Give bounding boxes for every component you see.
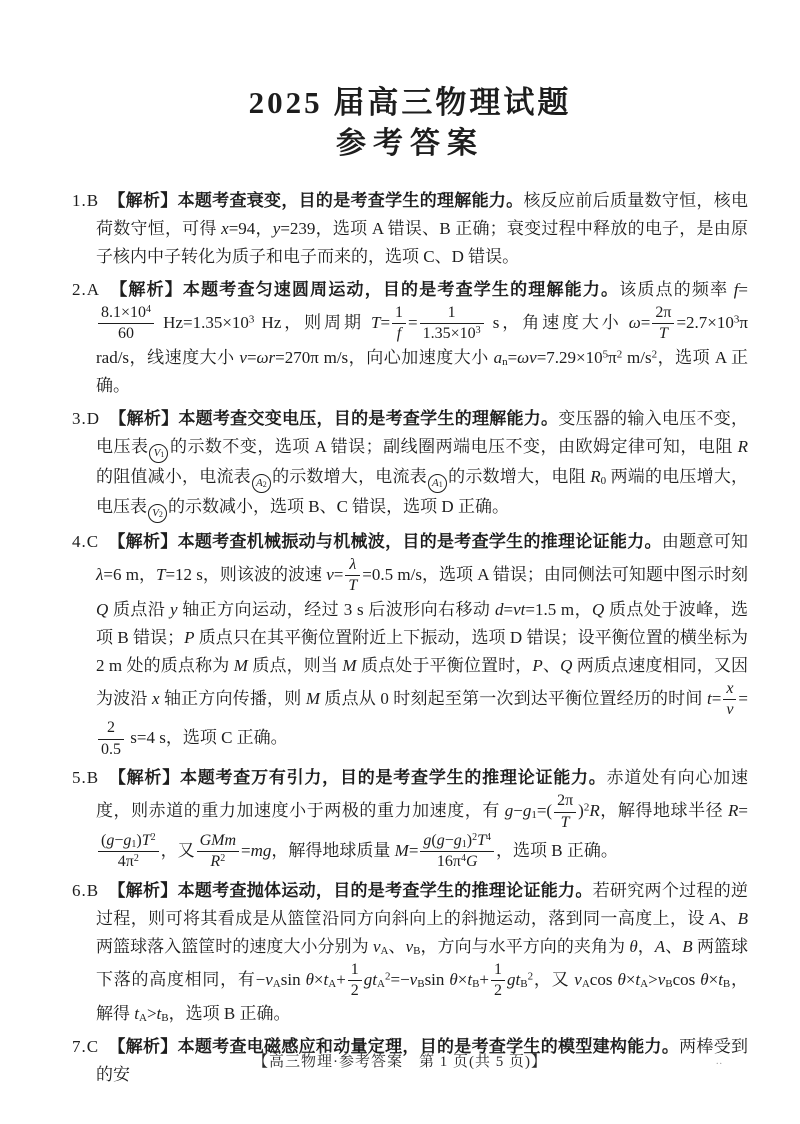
math-variable: v: [239, 348, 247, 367]
subscript: B: [161, 1013, 168, 1025]
math-variable: θ: [629, 937, 637, 956]
fraction: GMmR2: [197, 832, 239, 872]
text-run: 由题意可知: [662, 532, 748, 551]
text-run: 、: [388, 937, 405, 956]
fraction-denominator: 2: [491, 981, 505, 1000]
math-variable: R: [728, 801, 738, 820]
meter-letter: A: [432, 477, 439, 489]
math-variable: v: [373, 937, 381, 956]
math-variable: G: [466, 853, 478, 870]
text-run: 的示数增大，电阻: [448, 467, 590, 486]
text-run: 、: [543, 656, 560, 675]
text-run: ×: [709, 969, 719, 988]
math-variable: Q: [592, 600, 604, 619]
math-variable: R: [210, 853, 220, 870]
math-variable: T: [348, 577, 357, 594]
text-run: +: [479, 969, 489, 988]
fraction-numerator: 1: [420, 304, 484, 324]
math-variable: GMm: [200, 832, 236, 849]
text-run: ，又: [161, 841, 195, 860]
text-run: =7.29×10: [537, 348, 603, 367]
meter-symbol-icon: V2: [148, 504, 167, 523]
text-run: =(: [537, 801, 552, 820]
fraction-numerator: GMm: [197, 832, 239, 852]
text-run: 1: [351, 961, 359, 978]
analysis-intro: 【解析】本题考查机械振动与机械波，目的是考查学生的推理论证能力。: [108, 532, 662, 551]
text-run: 、: [720, 909, 738, 928]
text-run: =: [504, 600, 514, 619]
text-run: =6 m，: [103, 565, 156, 584]
text-run: 的示数减小，选项 B、C 错误，选项 D 正确。: [168, 497, 509, 516]
text-run: Hz=1.35×10: [156, 313, 249, 332]
text-run: 、: [665, 937, 682, 956]
fraction-denominator: v: [723, 700, 736, 719]
scan-artifact: ..: [716, 1056, 723, 1067]
subscript: A: [328, 978, 336, 990]
fraction: 2πT: [554, 792, 576, 832]
fraction: g(g−g1)2T416π4G: [420, 832, 494, 872]
analysis-intro: 【解析】本题考查匀速圆周运动，目的是考查学生的理解能力。: [109, 280, 619, 299]
question-number-answer: 3.D: [72, 409, 100, 428]
meter-letter: A: [256, 477, 263, 489]
text-run: 两篮球落入篮筐时的速度大小分别为: [96, 937, 373, 956]
math-variable: M: [234, 656, 248, 675]
answer-item: 2.A【解析】本题考查匀速圆周运动，目的是考查学生的理解能力。该质点的频率 f=…: [72, 276, 748, 400]
fraction-numerator: 2π: [554, 792, 576, 812]
math-variable: v: [726, 701, 733, 718]
text-run: sin: [425, 969, 450, 988]
math-variable: T: [561, 814, 570, 831]
text-run: 1: [395, 304, 403, 321]
math-variable: θ: [449, 969, 457, 988]
answer-item: 6.B【解析】本题考查抛体运动，目的是考查学生的推理论证能力。若研究两个过程的逆…: [72, 877, 748, 1029]
superscript: 2: [151, 832, 156, 843]
text-run: 2: [107, 719, 115, 736]
question-number-answer: 6.B: [72, 881, 99, 900]
text-run: s，角速度大小: [486, 313, 629, 332]
fraction-denominator: 1.35×103: [420, 324, 484, 343]
math-variable: a: [494, 348, 503, 367]
fraction-denominator: 4π2: [98, 852, 159, 871]
text-run: =: [712, 688, 722, 707]
text-run: 1.35×10: [423, 325, 476, 342]
text-run: =: [380, 313, 390, 332]
math-variable: θ: [700, 969, 708, 988]
math-variable: x: [726, 680, 733, 697]
text-run: ，方向与水平方向的夹角为: [420, 937, 629, 956]
math-variable: gt: [507, 969, 520, 988]
text-run: =1.5 m，: [525, 600, 592, 619]
text-run: ，选项 B 正确。: [496, 841, 618, 860]
math-variable: ωv: [517, 348, 537, 367]
fraction: (g−g1)T24π2: [98, 832, 159, 872]
text-run: =0.5 m/s，选项 A 错误；由同侧法可知题中图示时刻: [362, 565, 748, 584]
math-variable: P: [184, 628, 194, 647]
answer-item: 4.C【解析】本题考查机械振动与机械波，目的是考查学生的推理论证能力。由题意可知…: [72, 528, 748, 759]
subscript: B: [520, 978, 527, 990]
subscript: A: [139, 1013, 147, 1025]
fraction: 12: [491, 961, 505, 1001]
answers-list: 1.B【解析】本题考查衰变，目的是考查学生的理解能力。核反应前后质量数守恒，核电…: [72, 187, 748, 1089]
fraction-numerator: g(g−g1)2T4: [420, 832, 494, 852]
subscript: A: [582, 978, 590, 990]
math-variable: f: [397, 325, 401, 342]
text-run: 轴正方向传播，则: [160, 688, 306, 707]
superscript: 4: [486, 832, 491, 843]
text-run: =: [409, 841, 419, 860]
math-variable: R: [590, 467, 600, 486]
meter-subscript: 2: [159, 510, 163, 519]
text-run: =: [247, 348, 257, 367]
subscript: B: [417, 978, 424, 990]
math-variable: B: [738, 909, 748, 928]
fraction-numerator: λ: [345, 556, 360, 576]
exam-title: 2025 届高三物理试题: [72, 84, 748, 122]
meter-letter: V: [152, 507, 159, 519]
fraction-numerator: 1: [491, 961, 505, 981]
math-variable: gt: [364, 969, 377, 988]
text-run: 的示数不变，选项 A 错误；副线圈两端电压不变，由欧姆定律可知，电阻: [169, 437, 737, 456]
text-run: Hz，则周期: [254, 313, 371, 332]
math-variable: R: [738, 437, 748, 456]
math-variable: M: [395, 841, 409, 860]
answers-subtitle: 参考答案: [72, 124, 748, 164]
fraction-denominator: T: [345, 576, 360, 595]
text-run: ，解得地球质量: [271, 841, 394, 860]
math-variable: λ: [349, 556, 356, 573]
text-run: =: [408, 313, 418, 332]
analysis-intro: 【解析】本题考查抛体运动，目的是考查学生的推理论证能力。: [108, 881, 593, 900]
fraction-denominator: 16π4G: [420, 852, 494, 871]
text-run: =: [334, 565, 344, 584]
text-run: 4π: [118, 853, 134, 870]
question-number-answer: 1.B: [72, 191, 99, 210]
math-variable: T: [659, 325, 668, 342]
math-variable: T: [477, 832, 486, 849]
fraction-denominator: 0.5: [98, 740, 124, 759]
text-run: =94，: [229, 219, 273, 238]
fraction-numerator: 8.1×104: [98, 304, 154, 324]
text-run: sin: [281, 969, 306, 988]
subscript: A: [640, 978, 648, 990]
text-run: 的阻值减小，电流表: [96, 467, 251, 486]
subscript: A: [273, 978, 281, 990]
math-variable: Q: [560, 656, 572, 675]
text-run: =: [738, 801, 748, 820]
superscript: 4: [146, 304, 151, 315]
meter-subscript: 2: [263, 480, 267, 489]
fraction: 12: [348, 961, 362, 1001]
text-run: 60: [118, 325, 134, 342]
subscript: B: [665, 978, 672, 990]
math-variable: v: [265, 969, 273, 988]
text-run: ×: [458, 969, 468, 988]
fraction: xv: [723, 680, 736, 720]
answer-item: 1.B【解析】本题考查衰变，目的是考查学生的理解能力。核反应前后质量数守恒，核电…: [72, 187, 748, 271]
text-run: ，: [638, 937, 655, 956]
fraction-numerator: x: [723, 680, 736, 700]
fraction-denominator: f: [392, 324, 406, 343]
fraction-numerator: 1: [348, 961, 362, 981]
math-variable: v: [326, 565, 334, 584]
text-run: cos: [673, 969, 701, 988]
text-run: −: [513, 801, 523, 820]
question-number-answer: 5.B: [72, 768, 99, 787]
fraction: 20.5: [98, 719, 124, 759]
text-run: 质点沿: [108, 600, 170, 619]
math-variable: g: [437, 832, 445, 849]
text-run: =: [641, 313, 651, 332]
math-variable: θ: [617, 969, 625, 988]
text-run: 2: [351, 982, 359, 999]
text-run: ，解得地球半径: [600, 801, 728, 820]
math-variable: A: [655, 937, 665, 956]
fraction-denominator: T: [554, 813, 576, 832]
text-run: −: [114, 832, 123, 849]
superscript: 2: [220, 853, 225, 864]
text-run: m/s: [622, 348, 651, 367]
math-variable: d: [495, 600, 504, 619]
fraction-denominator: 60: [98, 324, 154, 343]
fraction-denominator: T: [652, 324, 674, 343]
text-run: 16π: [437, 853, 461, 870]
text-run: 的示数增大，电流表: [272, 467, 427, 486]
text-run: ×: [314, 969, 324, 988]
text-run: =: [508, 348, 518, 367]
math-variable: v: [406, 937, 414, 956]
question-number-answer: 4.C: [72, 532, 99, 551]
text-run: 0.5: [101, 741, 121, 758]
math-variable: y: [170, 600, 178, 619]
text-run: =12 s，则该波的波速: [165, 565, 326, 584]
math-variable: x: [152, 688, 160, 707]
math-variable: R: [589, 801, 599, 820]
text-run: 2: [494, 982, 502, 999]
math-variable: P: [532, 656, 542, 675]
text-run: 1: [448, 304, 456, 321]
answer-item: 3.D【解析】本题考查交变电压，目的是考查学生的理解能力。变压器的输入电压不变，…: [72, 405, 748, 523]
math-variable: M: [306, 688, 320, 707]
answer-item: 5.B【解析】本题考查万有引力，目的是考查学生的推理论证能力。赤道处有向心加速度…: [72, 764, 748, 872]
text-run: ×: [626, 969, 636, 988]
meter-symbol-icon: V1: [149, 444, 168, 463]
question-number-answer: 2.A: [72, 280, 100, 299]
meter-subscript: 1: [439, 480, 443, 489]
text-run: cos: [590, 969, 618, 988]
math-variable: ωr: [257, 348, 276, 367]
text-run: 质点从 0 时刻起至第一次到达平衡位置经历的时间: [320, 688, 707, 707]
text-run: 2π: [557, 792, 573, 809]
text-run: =−: [390, 969, 409, 988]
math-variable: vt: [513, 600, 525, 619]
fraction: 1f: [392, 304, 406, 344]
text-run: π: [608, 348, 617, 367]
text-run: ，又: [533, 969, 574, 988]
text-run: 质点处于平衡位置时，: [357, 656, 533, 675]
text-run: −: [445, 832, 454, 849]
fraction-numerator: 2π: [652, 304, 674, 324]
text-run: 2π: [655, 304, 671, 321]
fraction: 8.1×10460: [98, 304, 154, 344]
meter-symbol-icon: A1: [428, 474, 447, 493]
math-variable: mg: [251, 841, 272, 860]
fraction-numerator: 2: [98, 719, 124, 739]
fraction-numerator: 1: [392, 304, 406, 324]
text-run: 轴正方向运动，经过 3 s 后波形向右移动: [178, 600, 496, 619]
analysis-intro: 【解析】本题考查万有引力，目的是考查学生的推理论证能力。: [108, 768, 606, 787]
math-variable: g: [454, 832, 462, 849]
exam-answer-page: 2025 届高三物理试题 参考答案 1.B【解析】本题考查衰变，目的是考查学生的…: [0, 0, 800, 1124]
text-run: 8.1×10: [101, 304, 146, 321]
text-run: =: [241, 841, 251, 860]
page-footer: 【高三物理·参考答案 第 1 页(共 5 页)】: [0, 1050, 800, 1071]
text-run: +: [336, 969, 346, 988]
math-variable: M: [342, 656, 356, 675]
math-variable: A: [709, 909, 719, 928]
math-variable: Q: [96, 600, 108, 619]
text-run: =: [738, 688, 748, 707]
superscript: 3: [476, 325, 481, 336]
text-run: ，选项 B 正确。: [169, 1004, 291, 1023]
text-run: 该质点的频率: [619, 280, 734, 299]
analysis-intro: 【解析】本题考查衰变，目的是考查学生的理解能力。: [108, 191, 523, 210]
analysis-intro: 【解析】本题考查交变电压，目的是考查学生的理解能力。: [109, 409, 558, 428]
math-variable: x: [221, 219, 229, 238]
text-run: 质点，则当: [248, 656, 343, 675]
fraction: λT: [345, 556, 360, 596]
text-run: >: [147, 1004, 157, 1023]
math-variable: g: [505, 801, 514, 820]
fraction-denominator: R2: [197, 852, 239, 871]
fraction: 11.35×103: [420, 304, 484, 344]
text-run: 1: [494, 961, 502, 978]
text-run: =: [738, 280, 748, 299]
text-run: =270π m/s，向心加速度大小: [275, 348, 493, 367]
meter-symbol-icon: A2: [252, 474, 271, 493]
text-run: >: [648, 969, 658, 988]
fraction-numerator: (g−g1)T2: [98, 832, 159, 852]
math-variable: v: [574, 969, 582, 988]
text-run: =2.7×10: [676, 313, 733, 332]
math-variable: B: [682, 937, 692, 956]
fraction: 2πT: [652, 304, 674, 344]
math-variable: ω: [629, 313, 641, 332]
math-variable: T: [142, 832, 151, 849]
text-run: s=4 s，选项 C 正确。: [126, 728, 288, 747]
meter-subscript: 1: [160, 450, 164, 459]
math-variable: θ: [306, 969, 314, 988]
superscript: 2: [134, 853, 139, 864]
fraction-denominator: 2: [348, 981, 362, 1000]
subscript: A: [377, 978, 385, 990]
